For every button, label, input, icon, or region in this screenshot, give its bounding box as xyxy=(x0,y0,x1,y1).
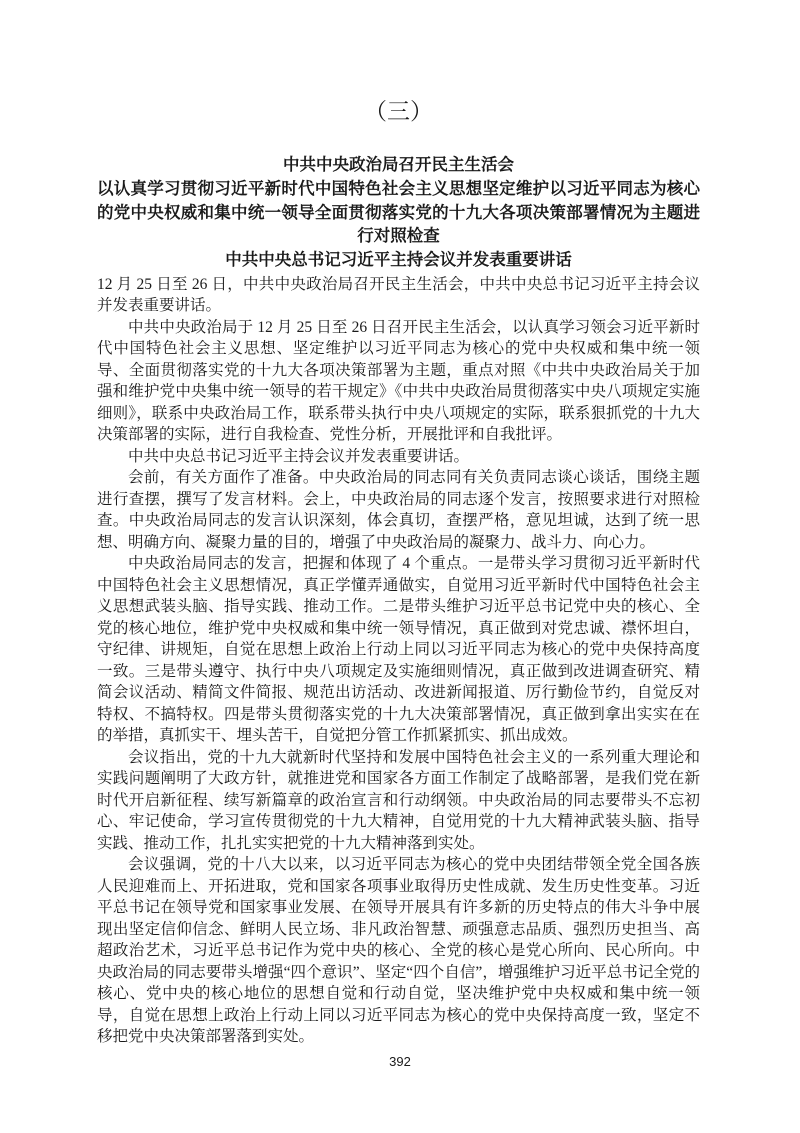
paragraph: 会前，有关方面作了准备。中央政治局的同志同有关负责同志谈心谈话，围绕主题进行查摆… xyxy=(97,467,700,553)
title-line-1: 中共中央政治局召开民主生活会 xyxy=(97,153,700,177)
title-line-2: 以认真学习贯彻习近平新时代中国特色社会主义思想坚定维护以习近平同志为核心的党中央… xyxy=(97,177,700,248)
paragraph: 中共中央总书记习近平主持会议并发表重要讲话。 xyxy=(97,446,700,468)
paragraph: 12 月 25 日至 26 日，中共中央政治局召开民主生活会，中共中央总书记习近… xyxy=(97,274,700,317)
section-number-heading: （三） xyxy=(97,95,700,129)
paragraph: 中央政治局同志的发言，把握和体现了 4 个重点。一是带头学习贯彻习近平新时代中国… xyxy=(97,553,700,747)
paragraph: 会议指出，党的十九大就新时代坚持和发展中国特色社会主义的一系列重大理论和实践问题… xyxy=(97,747,700,855)
document-title: 中共中央政治局召开民主生活会 以认真学习贯彻习近平新时代中国特色社会主义思想坚定… xyxy=(97,153,700,272)
paragraph: 中共中央政治局于 12 月 25 日至 26 日召开民主生活会，以认真学习领会习… xyxy=(97,317,700,446)
document-page: （三） 中共中央政治局召开民主生活会 以认真学习贯彻习近平新时代中国特色社会主义… xyxy=(0,0,800,1133)
title-line-3: 中共中央总书记习近平主持会议并发表重要讲话 xyxy=(97,248,700,272)
document-body: 12 月 25 日至 26 日，中共中央政治局召开民主生活会，中共中央总书记习近… xyxy=(97,274,700,1048)
paragraph: 会议强调，党的十八大以来，以习近平同志为核心的党中央团结带领全党全国各族人民迎难… xyxy=(97,854,700,1048)
page-number: 392 xyxy=(0,1054,800,1069)
